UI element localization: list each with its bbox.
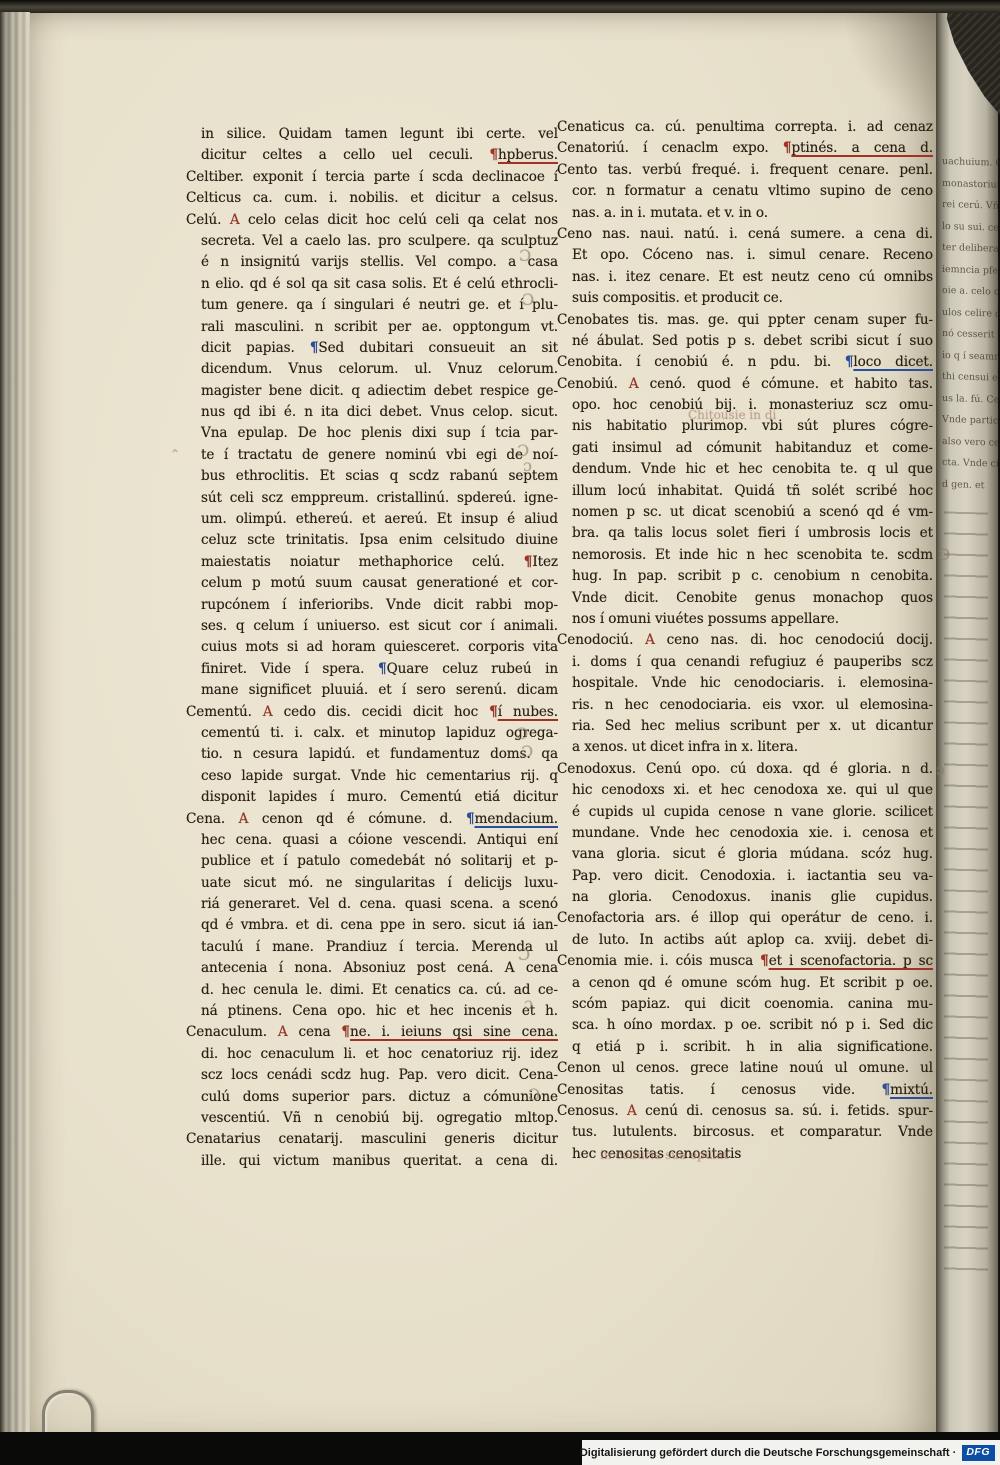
text-segment: scz locs cenádi scdz hug. Pap. vero dici… xyxy=(201,1067,558,1083)
text-line: Cenaculum. A cena ¶ne. i. ieiuns qsi sin… xyxy=(186,1022,558,1043)
text-segment: ria. Sed hec melius scribunt per x. ut d… xyxy=(572,718,933,734)
book-top-edge xyxy=(0,0,1000,13)
text-line: sca. h oíno mordax. p oe. scribit nó p i… xyxy=(557,1015,933,1036)
text-segment: um. olimpú. ethereú. et aereú. Et insup … xyxy=(201,511,558,527)
text-segment: cedo dis. cecidi dicit hoc xyxy=(284,704,490,720)
text-segment: dendum. Vnde hic et hec cenobita te. q u… xyxy=(572,461,933,477)
text-segment: mundane. Vnde hec cenodoxia xie. i. ceno… xyxy=(572,825,933,841)
text-line: celuz scte trinitatis. Ipsa enim celsitu… xyxy=(186,530,558,551)
text-line: suis compositis. et producit ce. xyxy=(557,288,933,309)
text-line: illum locú inhabitat. Quidá tñ solét scr… xyxy=(557,481,933,502)
text-segment: antecenia í nona. Absoniuz post cená. A … xyxy=(201,960,558,976)
text-line: ná ptinens. Cena opo. hic et hec incenis… xyxy=(186,1001,558,1022)
text-segment: é cupids ul cupida cenose n vane glorie.… xyxy=(572,804,933,820)
text-segment: qd é vmbra. et di. cena ppe in sero. sic… xyxy=(201,917,558,933)
text-line: Cenosus. A cenú di. cenosus sa. sú. i. f… xyxy=(557,1101,933,1122)
text-line: Vna epulap. De hoc plenis dixi sup í tci… xyxy=(186,423,558,444)
next-page-text-fragment: ulos celire qua xyxy=(942,301,998,325)
text-segment: gati insimul ad cómunit habitanduz et co… xyxy=(572,440,933,456)
text-segment: uate sicut mó. ne singularitas í delicij… xyxy=(201,875,558,891)
text-segment: A xyxy=(629,376,650,392)
text-segment: Cenatoriú. í cenaclm expo. xyxy=(557,140,783,156)
page-curl-shadow xyxy=(845,12,940,117)
text-segment: a xenos. ut dicet infra in x. litera. xyxy=(572,739,798,755)
next-page-text-fragment: nó cesserit v xyxy=(942,323,998,347)
text-segment: ná ptinens. Cena opo. hic et hec incenis… xyxy=(201,1003,558,1019)
text-segment: Cenatarius cenatarij. masculini generis … xyxy=(186,1131,558,1147)
bleed-through-glyph: in celluria sua epulat xyxy=(600,1148,728,1162)
text-segment: Vna epulap. De hoc plenis dixi sup í tci… xyxy=(201,425,558,441)
text-line: Cenodoxus. Cenú opo. cú doxa. qd é glori… xyxy=(557,759,933,780)
text-line: d. hec cenula le. dimi. Et cenatics ca. … xyxy=(186,980,558,1001)
text-line: é n insignitú varijs stellis. Vel compo.… xyxy=(186,252,558,273)
text-line: hug. In pap. scribit p c. cenobium n cen… xyxy=(557,566,933,587)
text-segment: Cenobita. í cenobiú é. n pdu. bi. xyxy=(557,354,845,370)
pilcrow-mark: ¶ xyxy=(341,1024,350,1040)
text-segment: illum locú inhabitat. Quidá tñ solét scr… xyxy=(572,483,933,499)
next-page-text-fragment: ter deliberare xyxy=(942,237,998,261)
text-line: Et opo. Cóceno nas. i. simul cenare. Rec… xyxy=(557,245,933,266)
text-line: ille. qui victum manibus queritat. a cen… xyxy=(186,1151,558,1172)
text-segment: Cenositas tatis. í cenosus vide. xyxy=(557,1082,882,1098)
text-line: nos í omuni viuétes possums appellare. xyxy=(557,609,933,630)
text-line: hic cenodoxs xi. et hec cenodoxa xe. qui… xyxy=(557,780,933,801)
text-line: i. doms í qua cenandi refugiuz é pauperi… xyxy=(557,652,933,673)
text-segment: hic cenodoxs xi. et hec cenodoxa xe. qui… xyxy=(572,782,933,798)
text-segment: bra. qa talis locus solet fieri í umbros… xyxy=(572,525,933,541)
text-segment: ne. i. ieiuns qsi sine cena. xyxy=(350,1024,558,1040)
text-segment: ceso lapide surgat. Vnde hic cementarius… xyxy=(201,768,558,784)
text-segment: publice et í patulo comedebát nó solitar… xyxy=(201,853,558,869)
text-line: Celú. A celo celas dicit hoc celú celi q… xyxy=(186,210,558,231)
text-segment: A xyxy=(278,1024,299,1040)
text-line: Cenodociú. A ceno nas. di. hoc cenodociú… xyxy=(557,630,933,651)
text-line: uate sicut mó. ne singularitas í delicij… xyxy=(186,873,558,894)
pilcrow-mark: ¶ xyxy=(882,1082,891,1098)
bleed-through-glyph: Ɔ xyxy=(521,742,533,761)
text-line: de luto. In actibs aút aplop ca. xviij. … xyxy=(557,930,933,951)
bleed-through-glyph: ɔ xyxy=(524,994,533,1013)
text-line: nas. i. itez cenare. Et est neutz ceno c… xyxy=(557,267,933,288)
text-segment: A xyxy=(263,704,284,720)
bleed-through-glyph: Ɔ xyxy=(938,545,950,564)
text-segment: né ábulat. Sed potis p s. debet scribi s… xyxy=(572,333,933,349)
next-page-text-fragment: monastorium xyxy=(942,172,998,196)
text-line: a xenos. ut dicet infra in x. litera. xyxy=(557,737,933,758)
text-line: dendum. Vnde hic et hec cenobita te. q u… xyxy=(557,459,933,480)
text-segment: sút celi scz emppreum. cristallinú. spde… xyxy=(201,490,558,506)
book-scan: uachuium. Cemonastoriumrei cerú. Vñlo su… xyxy=(0,0,1000,1465)
text-line: riá generaret. Vel d. cena. quasi scena.… xyxy=(186,894,558,915)
text-segment: et i scenofactoria. p sc xyxy=(769,953,933,969)
next-page-text-fragment: also vero cense xyxy=(942,430,998,454)
text-segment: nus qd ibi é. n ita dici debet. Vnus cel… xyxy=(201,404,558,420)
text-segment: Celú. xyxy=(186,212,230,228)
text-segment: a cenon qd é omune scóm hug. Et scribit … xyxy=(572,975,933,991)
text-line: in silice. Quidam tamen legunt ibi certe… xyxy=(186,124,558,145)
text-line: Cenomia mie. i. cóis musca ¶et i scenofa… xyxy=(557,951,933,972)
text-segment: dicendum. Vnus celorum. ul. Vnuz celorum… xyxy=(201,361,558,377)
text-segment: Cena. xyxy=(186,811,239,827)
text-segment: celum p motú suum causat generationé et … xyxy=(201,575,558,591)
text-segment: Cenon ul cenos. grece latine nouú ul omu… xyxy=(557,1060,933,1076)
next-page-text-fragment: cta. Vnde ci xyxy=(942,452,998,476)
text-column-right: Cenaticus ca. cú. penultima correpta. i.… xyxy=(557,117,933,1165)
text-line: nemorosis. Et inde hic n hec scenobita t… xyxy=(557,545,933,566)
text-segment: mane significet pluuiá. et í sero serenú… xyxy=(201,682,558,698)
text-segment: Cenosus. xyxy=(557,1103,627,1119)
text-segment: Cenomia mie. i. cóis musca xyxy=(557,953,760,969)
text-segment: cor. n formatur a cenatu vltimo supino d… xyxy=(572,183,933,199)
text-line: nus qd ibi é. n ita dici debet. Vnus cel… xyxy=(186,402,558,423)
bleed-through-glyph: ⌃ xyxy=(170,447,180,461)
left-page-edges xyxy=(0,12,30,1433)
text-segment: taculú í mane. Prandiuz í tercia. Merend… xyxy=(201,939,558,955)
bleed-through-glyph: Ɔ xyxy=(528,1085,540,1104)
pilcrow-mark: ¶ xyxy=(760,953,769,969)
text-segment: rali masculini. n scribit per ae. oppton… xyxy=(201,319,558,335)
text-line: hospitale. Vnde hic cenodociaris. i. ele… xyxy=(557,673,933,694)
text-line: é cupids ul cupida cenose n vane glorie.… xyxy=(557,802,933,823)
text-segment: nemorosis. Et inde hic n hec scenobita t… xyxy=(572,547,933,563)
text-segment: rupcónem í inferioribs. Vnde dicit rabbi… xyxy=(201,597,558,613)
text-segment: Cenaculum. xyxy=(186,1024,278,1040)
text-segment: Celtiber. exponit í tercia parte í scda … xyxy=(186,169,558,185)
text-segment: hospitale. Vnde hic cenodociaris. i. ele… xyxy=(572,675,933,691)
bleed-through-glyph: Ɔ xyxy=(516,724,528,743)
text-segment: di. hoc cenaculum li. et hoc cenatoriuz … xyxy=(201,1046,558,1062)
text-line: tus. lutulents. bircosus. et comparatur.… xyxy=(557,1122,933,1143)
text-segment: cenó. quod é cómune. et habito tas. xyxy=(650,376,933,392)
text-line: Cenon ul cenos. grece latine nouú ul omu… xyxy=(557,1058,933,1079)
text-segment: Cenobiú. xyxy=(557,376,629,392)
text-line: Cenofactoria ars. é illop qui operátur d… xyxy=(557,908,933,929)
text-segment: ille. qui victum manibus queritat. a cen… xyxy=(201,1153,558,1169)
text-line: n elio. qd é sol qa sit casa solis. Et é… xyxy=(186,274,558,295)
text-segment: A xyxy=(627,1103,645,1119)
text-segment: Cenofactoria ars. é illop qui operátur d… xyxy=(557,910,933,926)
text-segment: Itez xyxy=(532,554,558,570)
text-segment: de luto. In actibs aút aplop ca. xviij. … xyxy=(572,932,933,948)
text-line: nomen p sc. ut dicat scenobiú a scenó qd… xyxy=(557,502,933,523)
text-segment: cementú ti. i. calx. et minutop lapiduz … xyxy=(201,725,558,741)
text-line: ses. q celum í uniuerso. est sicut cor í… xyxy=(186,616,558,637)
text-line: dicendum. Vnus celorum. ul. Vnuz celorum… xyxy=(186,359,558,380)
text-line: Cenatoriú. í cenaclm expo. ¶ptinés. a ce… xyxy=(557,138,933,159)
text-line: tio. n cesura lapidú. et fundamentuz dom… xyxy=(186,744,558,765)
text-segment: mixtú. xyxy=(890,1082,933,1098)
text-segment: dicit papias. xyxy=(201,340,310,356)
text-line: Cenatarius cenatarij. masculini generis … xyxy=(186,1129,558,1150)
text-line: Cenobiú. A cenó. quod é cómune. et habit… xyxy=(557,374,933,395)
text-segment: scóm papiaz. qui dicit coenomia. canina … xyxy=(572,996,933,1012)
page-holder-clip xyxy=(42,1390,94,1435)
text-line: a cenon qd é omune scóm hug. Et scribit … xyxy=(557,973,933,994)
text-segment: maiestatis noiatur methaphorice celú. xyxy=(201,554,524,570)
text-segment: A xyxy=(239,811,262,827)
text-line: finiret. Vide í spera. ¶Quare celuz rube… xyxy=(186,659,558,680)
text-line: di. hoc cenaculum li. et hoc cenatoriuz … xyxy=(186,1044,558,1065)
text-line: Cenobita. í cenobiú é. n pdu. bi. ¶loco … xyxy=(557,352,933,373)
text-segment: Cementú. xyxy=(186,704,263,720)
text-segment: vana gloria. sicut é gloria múdana. scóz… xyxy=(572,846,933,862)
text-segment: disponit lapides í muro. Cementú etiá di… xyxy=(201,789,558,805)
text-line: cementú ti. i. calx. et minutop lapiduz … xyxy=(186,723,558,744)
text-segment: d. hec cenula le. dimi. Et cenatics ca. … xyxy=(201,982,558,998)
text-line: scóm papiaz. qui dicit coenomia. canina … xyxy=(557,994,933,1015)
text-segment: n elio. qd é sol qa sit casa solis. Et é… xyxy=(201,276,558,292)
text-column-left: in silice. Quidam tamen legunt ibi certe… xyxy=(186,124,558,1172)
text-line: ria. Sed hec melius scribunt per x. ut d… xyxy=(557,716,933,737)
text-segment: hug. In pap. scribit p c. cenobium n cen… xyxy=(572,568,933,584)
text-segment: magister bene dicit. q adiectim debet re… xyxy=(201,383,558,399)
next-page-text-fragment: us la. fú. Cen xyxy=(942,387,998,411)
text-line: gati insimul ad cómunit habitanduz et co… xyxy=(557,438,933,459)
text-segment: é n insignitú varijs stellis. Vel compo.… xyxy=(201,254,558,270)
bleed-through-glyph: Ɔ xyxy=(519,246,531,265)
text-line: secreta. Vel a caelo las. pro sculpere. … xyxy=(186,231,558,252)
bleed-through-glyph: Chitousie in di xyxy=(688,408,776,422)
text-segment: A xyxy=(645,632,667,648)
pilcrow-mark: ¶ xyxy=(489,147,498,163)
text-segment: cuius mots si ad horam quiesceret. corpo… xyxy=(201,639,558,655)
text-line: na gloria. Cenodoxus. inanis glie cupidu… xyxy=(557,887,933,908)
text-segment: riá generaret. Vel d. cena. quasi scena.… xyxy=(201,896,558,912)
text-segment: tio. n cesura lapidú. et fundamentuz dom… xyxy=(201,746,558,762)
text-segment: Quare celuz rubeú in xyxy=(387,661,558,677)
text-segment: Cento tas. verbú frequé. i. frequent cen… xyxy=(557,162,933,178)
next-page-text-fragment: lo su sui. celuz xyxy=(942,215,998,239)
text-line: culú doms superior pars. dictuz a cómuni… xyxy=(186,1087,558,1108)
next-page-text-fragment: rei cerú. Vñ xyxy=(942,194,998,218)
text-segment: ptinés. a cena d. xyxy=(791,140,933,156)
text-segment: q etiá p i. scribit. h in alia significa… xyxy=(572,1039,933,1055)
text-segment: culú doms superior pars. dictuz a cómuni… xyxy=(201,1089,558,1105)
text-line: Celticus ca. cum. i. nobilis. et dicitur… xyxy=(186,188,558,209)
text-line: Cenaticus ca. cú. penultima correpta. i.… xyxy=(557,117,933,138)
text-line: dicitur celtes a cello uel ceculi. ¶hpbe… xyxy=(186,145,558,166)
next-page-edge: uachuium. Cemonastoriumrei cerú. Vñlo su… xyxy=(936,12,998,1432)
dfg-credit-text: Digitalisierung gefördert durch die Deut… xyxy=(580,1447,957,1459)
text-segment: nos í omuni viuétes possums appellare. xyxy=(572,611,839,627)
text-line: Cementú. A cedo dis. cecidi dicit hoc ¶í… xyxy=(186,702,558,723)
text-segment: ris. n hec cenodociaria. eis vxor. ul el… xyxy=(572,697,933,713)
text-line: ceso lapide surgat. Vnde hic cementarius… xyxy=(186,766,558,787)
text-segment: Cenaticus ca. cú. penultima correpta. i.… xyxy=(557,119,933,135)
dfg-credit-band: Digitalisierung gefördert durch die Deut… xyxy=(582,1440,1000,1465)
text-line: scz locs cenádi scdz hug. Pap. vero dici… xyxy=(186,1065,558,1086)
text-line: dicit papias. ¶Sed dubitari consueuit an… xyxy=(186,338,558,359)
text-segment: ceno nas. di. hoc cenodociú docij. xyxy=(667,632,933,648)
text-segment: í nubes. xyxy=(498,704,558,720)
text-segment: hec cena. quasi a cóione vescendi. Antiq… xyxy=(201,832,558,848)
text-segment: celuz scte trinitatis. Ipsa enim celsitu… xyxy=(201,532,558,548)
pilcrow-mark: ¶ xyxy=(489,704,498,720)
text-segment: Pap. vero dicit. Cenodoxia. i. iactantia… xyxy=(572,868,933,884)
bottom-scan-bar: Digitalisierung gefördert durch die Deut… xyxy=(0,1432,1000,1465)
text-line: tum genere. qa í singulari é neutri ge. … xyxy=(186,295,558,316)
text-line: celum p motú suum causat generationé et … xyxy=(186,573,558,594)
text-segment: Ceno nas. naui. natú. i. cená sumere. a … xyxy=(557,226,933,242)
text-segment: bus ethroclitis. Et scias q scdz rabanú … xyxy=(201,468,558,484)
text-segment: cenon qd é cómune. d. xyxy=(262,811,466,827)
text-line: q etiá p i. scribit. h in alia significa… xyxy=(557,1037,933,1058)
pilcrow-mark: ¶ xyxy=(466,811,475,827)
next-page-text-fragment: Vnde particip xyxy=(942,409,998,433)
text-segment: nas. a. in i. mutata. et v. in o. xyxy=(572,205,768,221)
text-segment: te í tractatu de genere nominú vbi egi d… xyxy=(201,447,558,463)
text-line: magister bene dicit. q adiectim debet re… xyxy=(186,381,558,402)
text-line: qd é vmbra. et di. cena ppe in sero. sic… xyxy=(186,915,558,936)
text-line: bus ethroclitis. Et scias q scdz rabanú … xyxy=(186,466,558,487)
text-segment: Cenobates tis. mas. ge. qui ppter cenam … xyxy=(557,312,933,328)
text-line: mane significet pluuiá. et í sero serenú… xyxy=(186,680,558,701)
text-segment: Vnde dicit. Cenobite genus monachop quos xyxy=(572,590,933,606)
text-line: maiestatis noiatur methaphorice celú. ¶I… xyxy=(186,552,558,573)
text-segment: ses. q celum í uniuerso. est sicut cor í… xyxy=(201,618,558,634)
text-segment: in silice. Quidam tamen legunt ibi certe… xyxy=(201,126,558,142)
bleed-through-glyph: ɔ xyxy=(523,456,532,475)
text-line: um. olimpú. ethereú. et aereú. Et insup … xyxy=(186,509,558,530)
text-segment: Cenodoxus. Cenú opo. cú doxa. qd é glori… xyxy=(557,761,933,777)
text-segment: dicitur celtes a cello uel ceculi. xyxy=(201,147,489,163)
next-page-text-fragment: io q í seamra. oi xyxy=(942,344,998,368)
text-segment: tus. lutulents. bircosus. et comparatur.… xyxy=(572,1124,933,1140)
next-page-text-fragment: d gen. et xyxy=(942,473,998,497)
text-segment: finiret. Vide í spera. xyxy=(201,661,378,677)
text-segment: suis compositis. et producit ce. xyxy=(572,290,783,306)
text-segment: na gloria. Cenodoxus. inanis glie cupidu… xyxy=(572,889,933,905)
text-segment: cenú di. cenosus sa. sú. i. fetids. spur… xyxy=(645,1103,933,1119)
next-page-text-fragment: oie a. celo celis xyxy=(942,280,998,304)
text-line: né ábulat. Sed potis p s. debet scribi s… xyxy=(557,331,933,352)
pilcrow-mark: ¶ xyxy=(378,661,387,677)
text-segment: celo celas dicit hoc celú celi qa celat … xyxy=(248,212,558,228)
text-line: cor. n formatur a cenatu vltimo supino d… xyxy=(557,181,933,202)
text-line: rupcónem í inferioribs. Vnde dicit rabbi… xyxy=(186,595,558,616)
text-line: hec cena. quasi a cóione vescendi. Antiq… xyxy=(186,830,558,851)
text-segment: secreta. Vel a caelo las. pro sculpere. … xyxy=(201,233,558,249)
text-line: Ceno nas. naui. natú. i. cená sumere. a … xyxy=(557,224,933,245)
text-line: Vnde dicit. Cenobite genus monachop quos xyxy=(557,588,933,609)
text-line: rali masculini. n scribit per ae. oppton… xyxy=(186,317,558,338)
text-segment: sca. h oíno mordax. p oe. scribit nó p i… xyxy=(572,1017,933,1033)
text-line: disponit lapides í muro. Cementú etiá di… xyxy=(186,787,558,808)
bleed-through-glyph: ɔ xyxy=(936,760,945,779)
text-segment: loco dicet. xyxy=(853,354,933,370)
text-segment: Et opo. Cóceno nas. i. simul cenare. Rec… xyxy=(572,247,933,263)
text-segment: tum genere. qa í singulari é neutri ge. … xyxy=(201,297,558,313)
text-segment: nomen p sc. ut dicat scenobiú a scenó qd… xyxy=(572,504,933,520)
text-line: nas. a. in i. mutata. et v. in o. xyxy=(557,203,933,224)
text-line: antecenia í nona. Absoniuz post cená. A … xyxy=(186,958,558,979)
text-segment: cena xyxy=(298,1024,341,1040)
bleed-through-glyph: Ɔ xyxy=(518,945,530,964)
text-segment: nas. i. itez cenare. Et est neutz ceno c… xyxy=(572,269,933,285)
text-line: publice et í patulo comedebát nó solitar… xyxy=(186,851,558,872)
text-line: Cenositas tatis. í cenosus vide. ¶mixtú. xyxy=(557,1080,933,1101)
text-line: mundane. Vnde hec cenodoxia xie. i. ceno… xyxy=(557,823,933,844)
next-page-text-fragment: thi censui et sup xyxy=(942,366,998,390)
text-segment: Sed dubitari consueuit an sit xyxy=(318,340,558,356)
text-segment: vescentiú. Vñ n cenobiú bij. ogregatio m… xyxy=(201,1110,558,1126)
next-page-text-fragment: iemncia pferre xyxy=(942,258,998,282)
text-segment: A xyxy=(230,212,248,228)
text-segment: Cenodociú. xyxy=(557,632,645,648)
text-segment: hpberus. xyxy=(498,147,558,163)
bleed-through-glyph: Ɔ xyxy=(522,290,534,309)
text-line: Celtiber. exponit í tercia parte í scda … xyxy=(186,167,558,188)
text-line: Cento tas. verbú frequé. i. frequent cen… xyxy=(557,160,933,181)
text-line: taculú í mane. Prandiuz í tercia. Merend… xyxy=(186,937,558,958)
text-line: bra. qa talis locus solet fieri í umbros… xyxy=(557,523,933,544)
next-page-text-fragment: uachuium. Ce xyxy=(942,151,998,175)
text-line: vescentiú. Vñ n cenobiú bij. ogregatio m… xyxy=(186,1108,558,1129)
text-line: vana gloria. sicut é gloria múdana. scóz… xyxy=(557,844,933,865)
dfg-logo: DFG xyxy=(962,1445,995,1461)
text-line: sút celi scz emppreum. cristallinú. spde… xyxy=(186,488,558,509)
text-segment: mendacium. xyxy=(475,811,558,827)
text-line: ris. n hec cenodociaria. eis vxor. ul el… xyxy=(557,695,933,716)
text-line: Cena. A cenon qd é cómune. d. ¶mendacium… xyxy=(186,809,558,830)
text-line: Cenobates tis. mas. ge. qui ppter cenam … xyxy=(557,310,933,331)
text-segment: i. doms í qua cenandi refugiuz é pauperi… xyxy=(572,654,933,670)
text-line: Pap. vero dicit. Cenodoxia. i. iactantia… xyxy=(557,866,933,887)
text-line: te í tractatu de genere nominú vbi egi d… xyxy=(186,445,558,466)
text-segment: Celticus ca. cum. i. nobilis. et dicitur… xyxy=(186,190,558,206)
text-line: cuius mots si ad horam quiesceret. corpo… xyxy=(186,637,558,658)
